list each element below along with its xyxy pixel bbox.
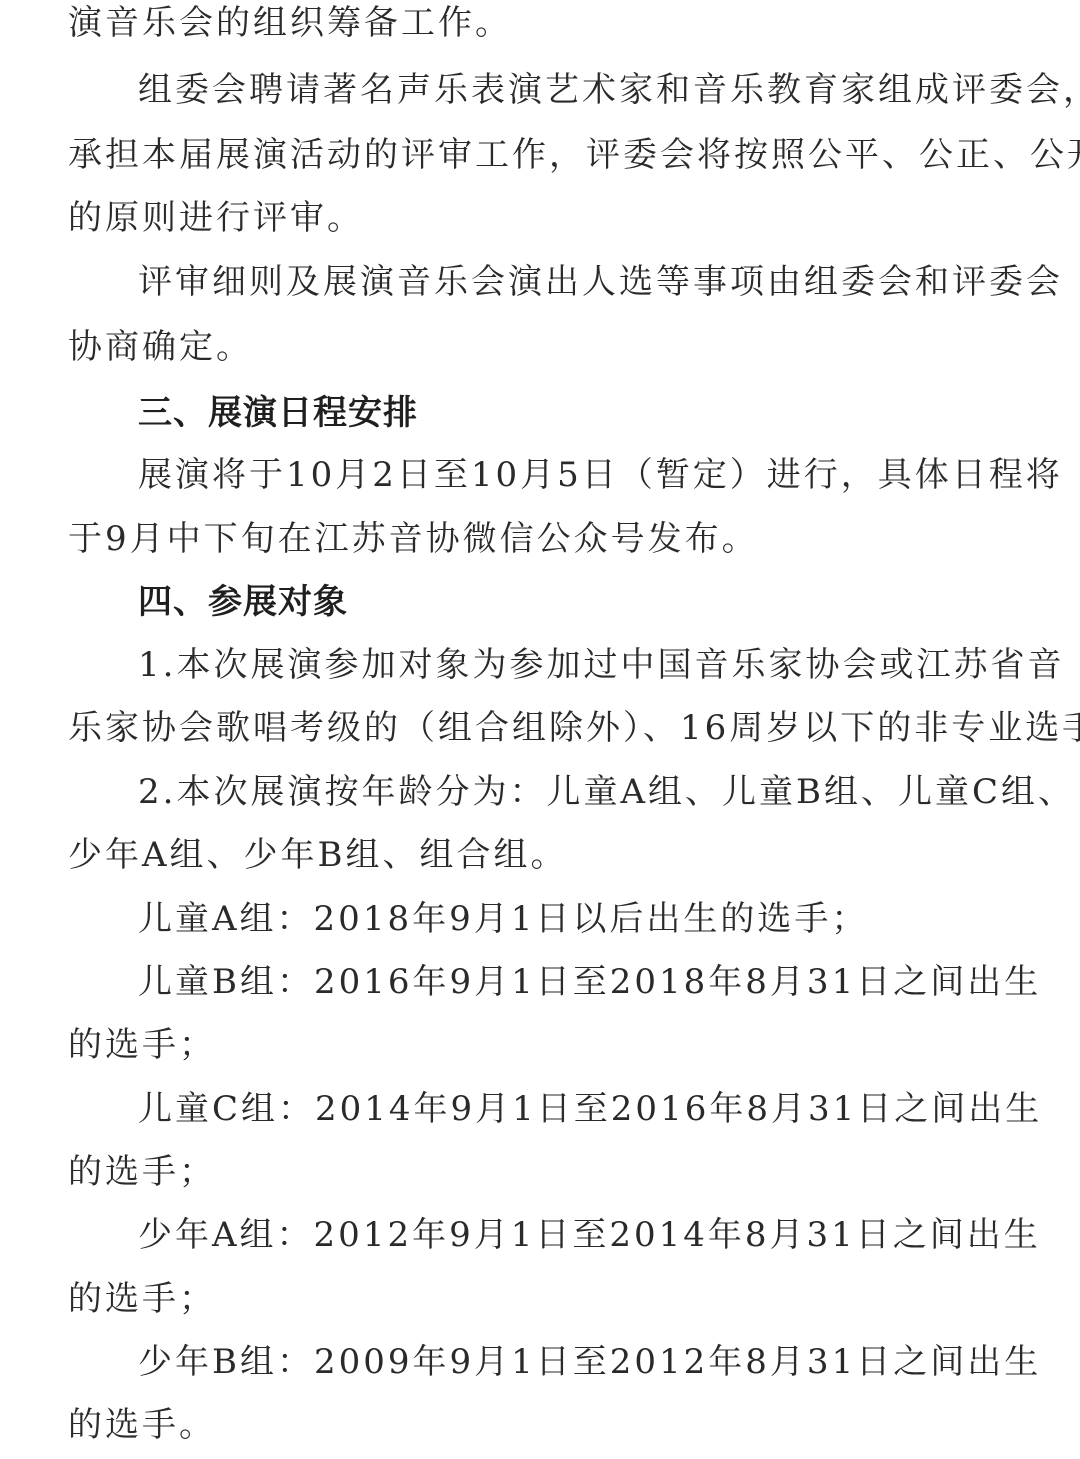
- group-youth-b: 少年B组：2009年9月1日至2012年8月31日之间出生: [138, 1342, 1041, 1382]
- group-youth-a: 少年A组：2012年9月1日至2014年8月31日之间出生: [138, 1215, 1041, 1255]
- paragraph-line: 评审细则及展演音乐会演出人选等事项由组委会和评委会: [138, 262, 1063, 302]
- paragraph-line: 承担本届展演活动的评审工作，评委会将按照公平、公正、公开: [68, 135, 1080, 175]
- paragraph-line: 协商确定。: [68, 327, 253, 367]
- paragraph-line: 乐家协会歌唱考级的（组合组除外）、16周岁以下的非专业选手。: [68, 708, 1080, 748]
- paragraph-line: 组委会聘请著名声乐表演艺术家和音乐教育家组成评委会，: [138, 70, 1080, 110]
- paragraph-line: 少年A组、少年B组、组合组。: [68, 835, 568, 875]
- paragraph-line: 的选手；: [68, 1279, 216, 1319]
- group-children-b: 儿童B组：2016年9月1日至2018年8月31日之间出生: [138, 962, 1041, 1002]
- group-children-c: 儿童C组：2014年9月1日至2016年8月31日之间出生: [138, 1089, 1042, 1129]
- list-item-2: 2.本次展演按年龄分为：儿童A组、儿童B组、儿童C组、: [138, 772, 1075, 812]
- paragraph-line: 于9月中下旬在江苏音协微信公众号发布。: [68, 519, 759, 559]
- paragraph-line: 的选手；: [68, 1152, 216, 1192]
- paragraph-line: 的原则进行评审。: [68, 198, 364, 238]
- section-heading-participants: 四、参展对象: [138, 582, 348, 622]
- paragraph-line: 演音乐会的组织筹备工作。: [68, 3, 512, 43]
- group-children-a: 儿童A组：2018年9月1日以后出生的选手；: [138, 899, 868, 939]
- document-page: 演音乐会的组织筹备工作。 组委会聘请著名声乐表演艺术家和音乐教育家组成评委会， …: [0, 0, 1080, 1459]
- list-item-1: 1.本次展演参加对象为参加过中国音乐家协会或江苏省音: [138, 645, 1064, 685]
- paragraph-line: 的选手。: [68, 1405, 216, 1445]
- section-heading-schedule: 三、展演日程安排: [138, 393, 418, 433]
- paragraph-line: 的选手；: [68, 1025, 216, 1065]
- paragraph-line: 展演将于10月2日至10月5日（暂定）进行，具体日程将: [138, 455, 1063, 495]
